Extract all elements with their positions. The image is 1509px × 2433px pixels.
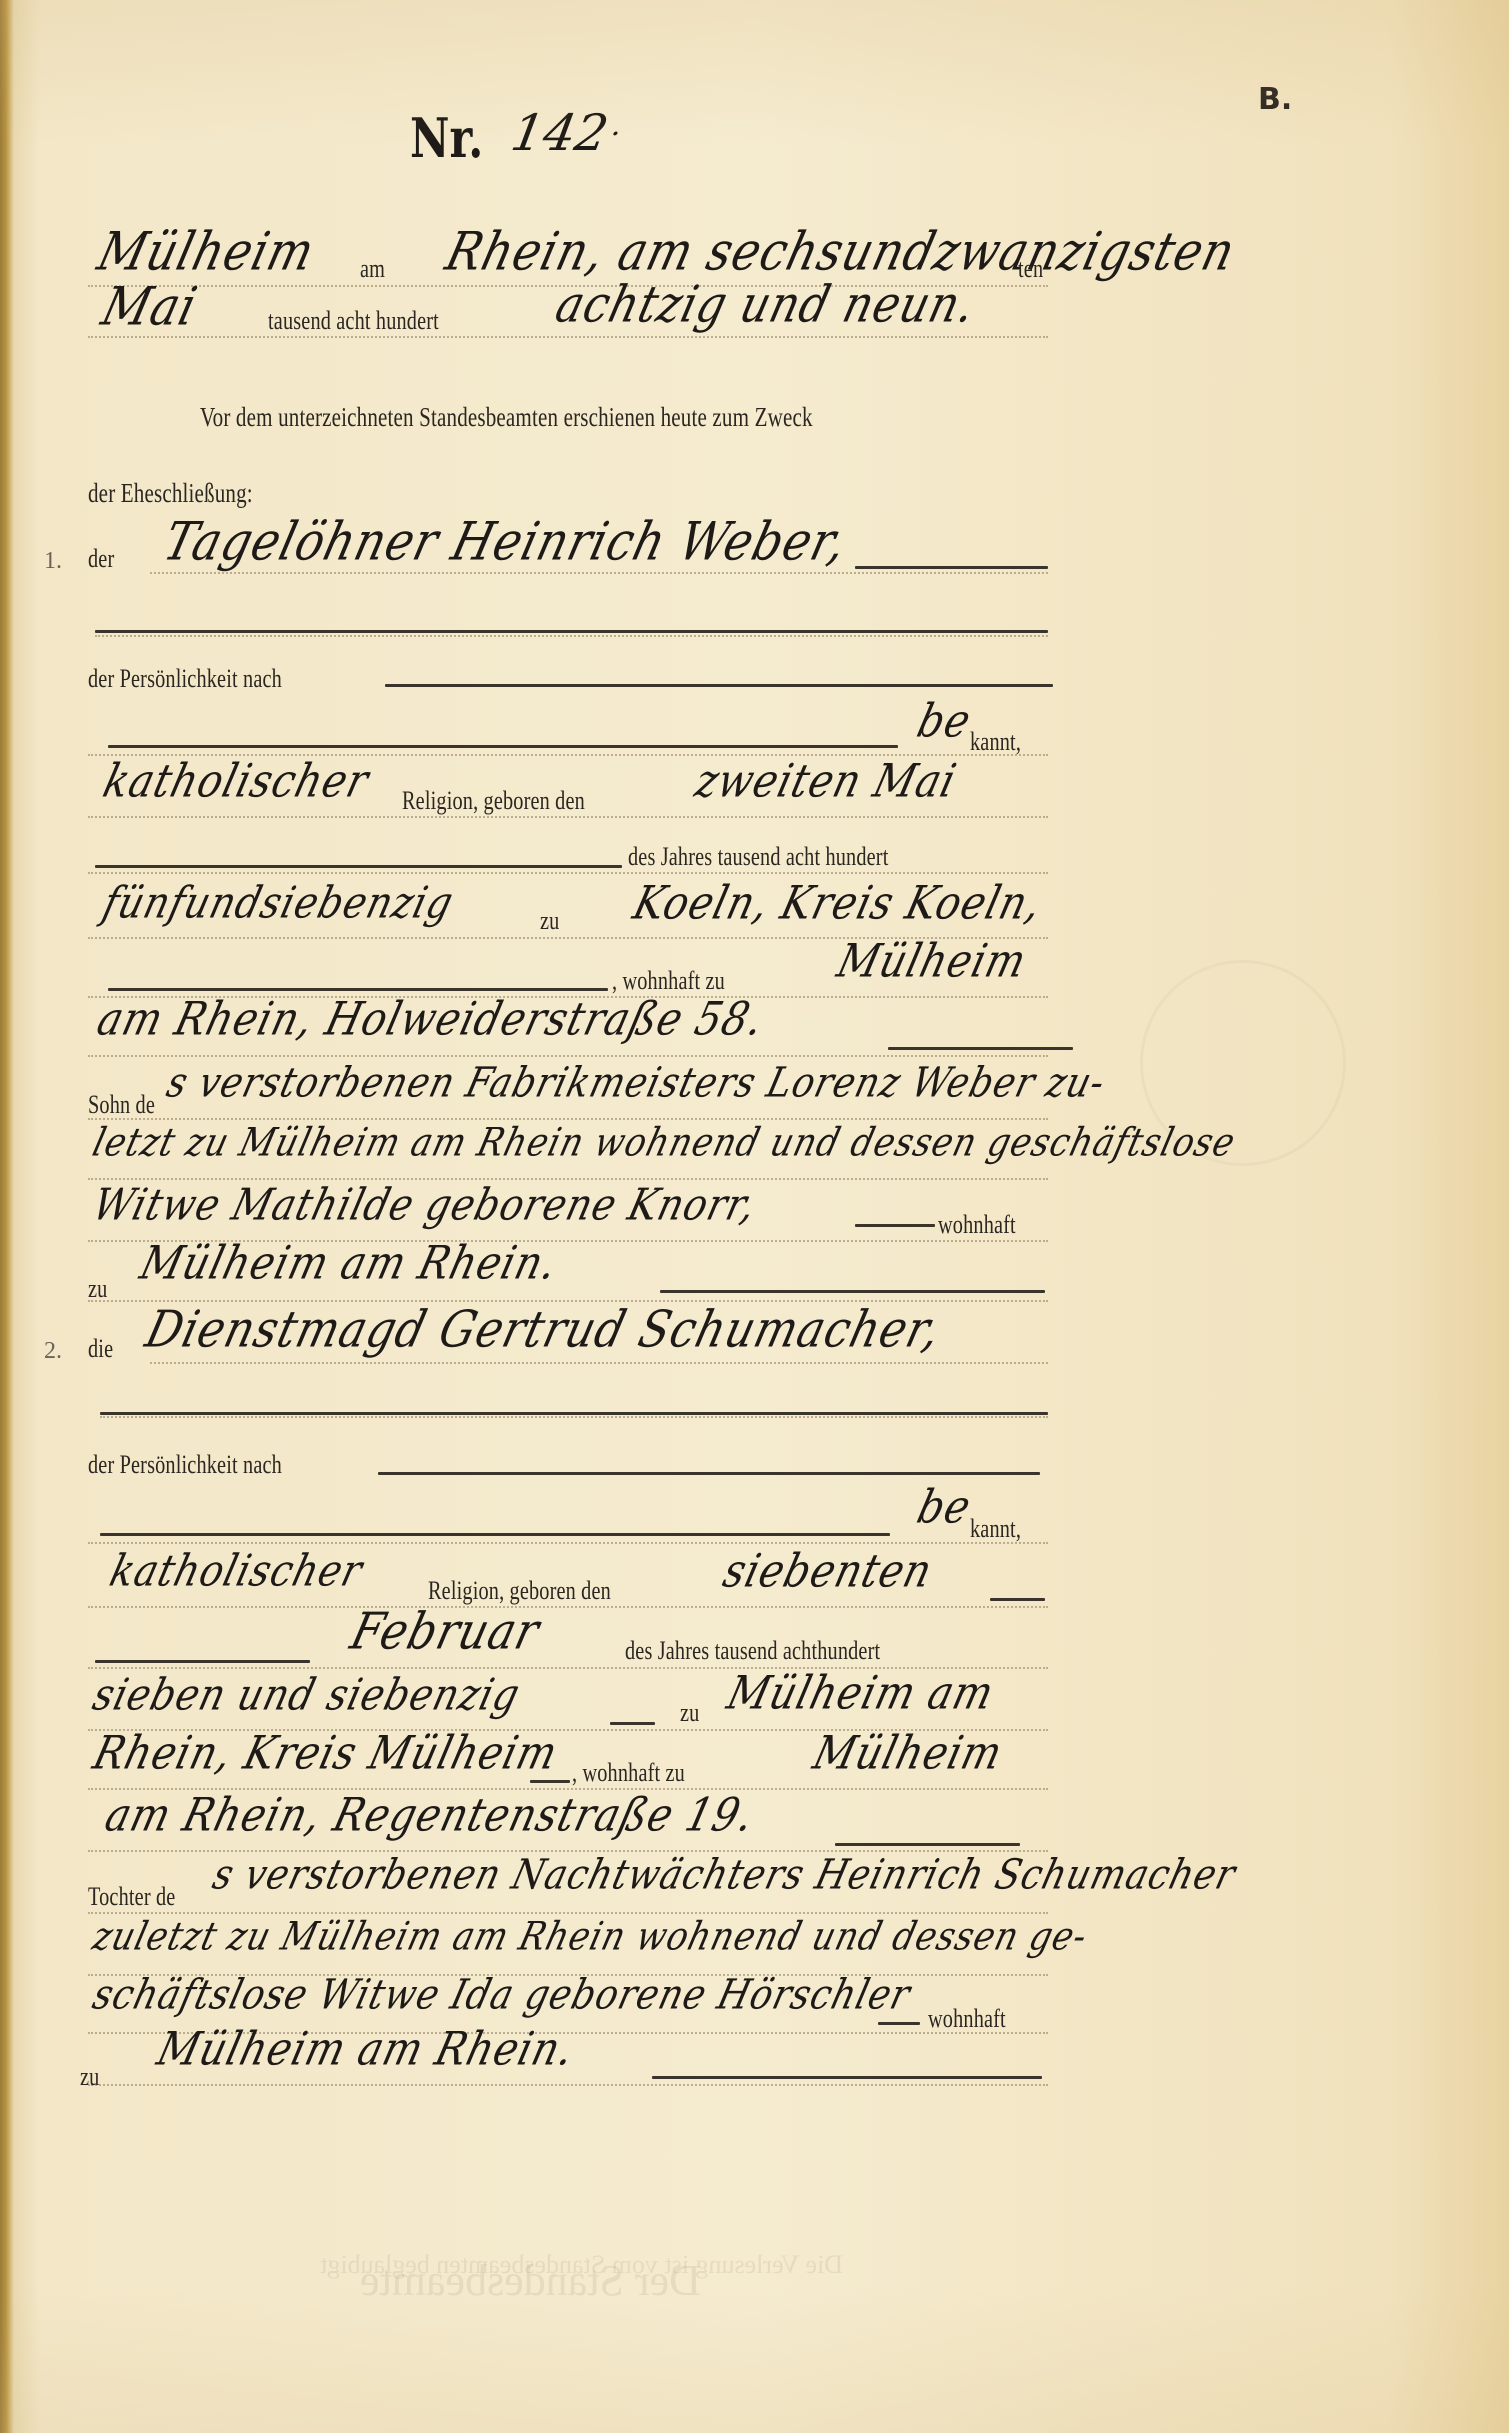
son-label: Sohn de [88,1090,155,1120]
fill-rule [95,865,622,868]
fill-rule [835,1843,1020,1846]
groom-parents-field-3: Witwe Mathilde geborene Knorr, [88,1179,762,1230]
fill-rule [108,988,608,991]
groom-birthday-field: zweiten Mai [690,755,962,808]
record-number-period: . [609,108,625,143]
field-line [88,1542,1048,1544]
fill-rule [610,1722,655,1725]
record-number: 142 [507,104,613,162]
record-number-label: Nr. [410,106,483,170]
bride-identity-label: der Persönlichkeit nach [88,1450,282,1480]
groom-number: 1. [44,548,62,575]
bride-residence-label: , wohnhaft zu [572,1758,685,1788]
groom-birthyear-field: fünfundsiebenzig [98,877,459,928]
fill-rule [888,1047,1073,1050]
bride-birthyear-field: sieben und siebenzig [88,1669,525,1720]
groom-article: der [88,544,114,574]
groom-known-label: kannt, [970,727,1021,757]
intro-text-2: der Eheschließung: [88,478,253,509]
date-month-field: Mai [96,275,204,337]
bride-year-label: des Jahres tausend achthundert [625,1636,880,1666]
bride-birthday-field: siebenten [718,1545,938,1598]
bride-zu-label: zu [680,1698,699,1728]
field-line [150,1362,1048,1364]
place-field: Mülheim [92,220,321,282]
date-day-field: Rhein, am sechsundzwanzigsten [440,220,1242,282]
fill-rule [855,566,1048,569]
field-line [95,635,1048,637]
document-page: Die Verlesung ist vom Standesbeamten beg… [0,0,1509,2433]
field-line [88,872,1048,874]
groom-religion-label: Religion, geboren den [402,786,585,816]
bride-article: die [88,1334,113,1364]
bride-known-label: kannt, [970,1514,1021,1544]
groom-birthplace-field: Koeln, Kreis Koeln, [628,877,1047,930]
fill-rule [95,630,1048,633]
groom-residence-label: , wohnhaft zu [612,966,725,996]
groom-parents-residence-label: wohnhaft [938,1210,1016,1240]
bride-residence-field-2: am Rhein, Regentenstraße 19. [100,1789,760,1842]
fill-rule [855,1224,935,1227]
bride-birthplace-field-2: Rhein, Kreis Mülheim [88,1727,563,1780]
year-print-label: tausend acht hundert [268,306,439,336]
groom-parents-field-1: s verstorbenen Fabrikmeisters Lorenz Web… [162,1060,1110,1107]
fill-rule [530,1780,570,1783]
fill-rule [100,1412,1048,1415]
groom-known-field: be [912,695,976,748]
fill-rule [95,1660,310,1663]
groom-residence-field-2: am Rhein, Holweiderstraße 58. [92,993,769,1046]
daughter-label: Tochter de [88,1882,175,1912]
field-line [88,816,1048,818]
fill-rule [108,745,898,748]
bride-birthmonth-field: Februar [345,1602,546,1661]
bride-religion-field: katholischer [105,1545,368,1596]
field-line [150,572,1048,574]
groom-name-field: Tagelöhner Heinrich Weber, [158,510,854,572]
fill-rule [990,1598,1045,1601]
date-year-field: achtzig und neun. [550,275,982,334]
bride-birthplace-field-1: Mülheim am [722,1667,999,1720]
bride-zu-label-2: zu [80,2062,99,2092]
groom-religion-field: katholischer [98,755,374,808]
groom-parents-field-2: letzt zu Mülheim am Rhein wohnend und de… [88,1120,1240,1166]
bride-parents-field-1: s verstorbenen Nachtwächters Heinrich Sc… [208,1852,1241,1899]
fill-rule [878,2022,920,2025]
field-line [100,1416,1048,1418]
bride-parents-residence-field: Mülheim am Rhein. [152,2023,580,2076]
ten-suffix: ten [1018,254,1043,284]
groom-parents-residence-field: Mülheim am Rhein. [135,1237,563,1290]
groom-residence-field: Mülheim [832,935,1032,988]
bride-parents-field-3: schäftslose Witwe Ida geborene Hörschler [88,1972,915,2019]
bleed-through-signature: Der Standesbeamte [360,2255,701,2306]
bride-name-field: Dienstmagd Gertrud Schumacher, [140,1300,947,1359]
groom-year-label: des Jahres tausend acht hundert [628,842,889,872]
bride-number: 2. [44,1338,62,1365]
section-marker: B. [1258,82,1292,117]
bride-residence-field: Mülheim [808,1727,1008,1780]
fill-rule [385,684,1053,687]
am-label: am [360,254,385,284]
intro-text: Vor dem unterzeichneten Standesbeamten e… [200,402,813,433]
field-line [88,1606,1048,1608]
groom-identity-label: der Persönlichkeit nach [88,664,282,694]
fill-rule [100,1533,890,1536]
field-line [88,336,1048,338]
groom-zu-label-2: zu [88,1274,107,1304]
fill-rule [652,2076,1042,2079]
field-line [88,2084,1048,2086]
fill-rule [660,1290,1045,1293]
field-line [88,1055,1048,1057]
bride-parents-field-2: zuletzt zu Mülheim am Rhein wohnend und … [88,1914,1092,1960]
bride-known-field: be [912,1481,976,1534]
fill-rule [378,1472,1040,1475]
bride-parents-residence-label: wohnhaft [928,2004,1006,2034]
groom-zu-label: zu [540,906,559,936]
